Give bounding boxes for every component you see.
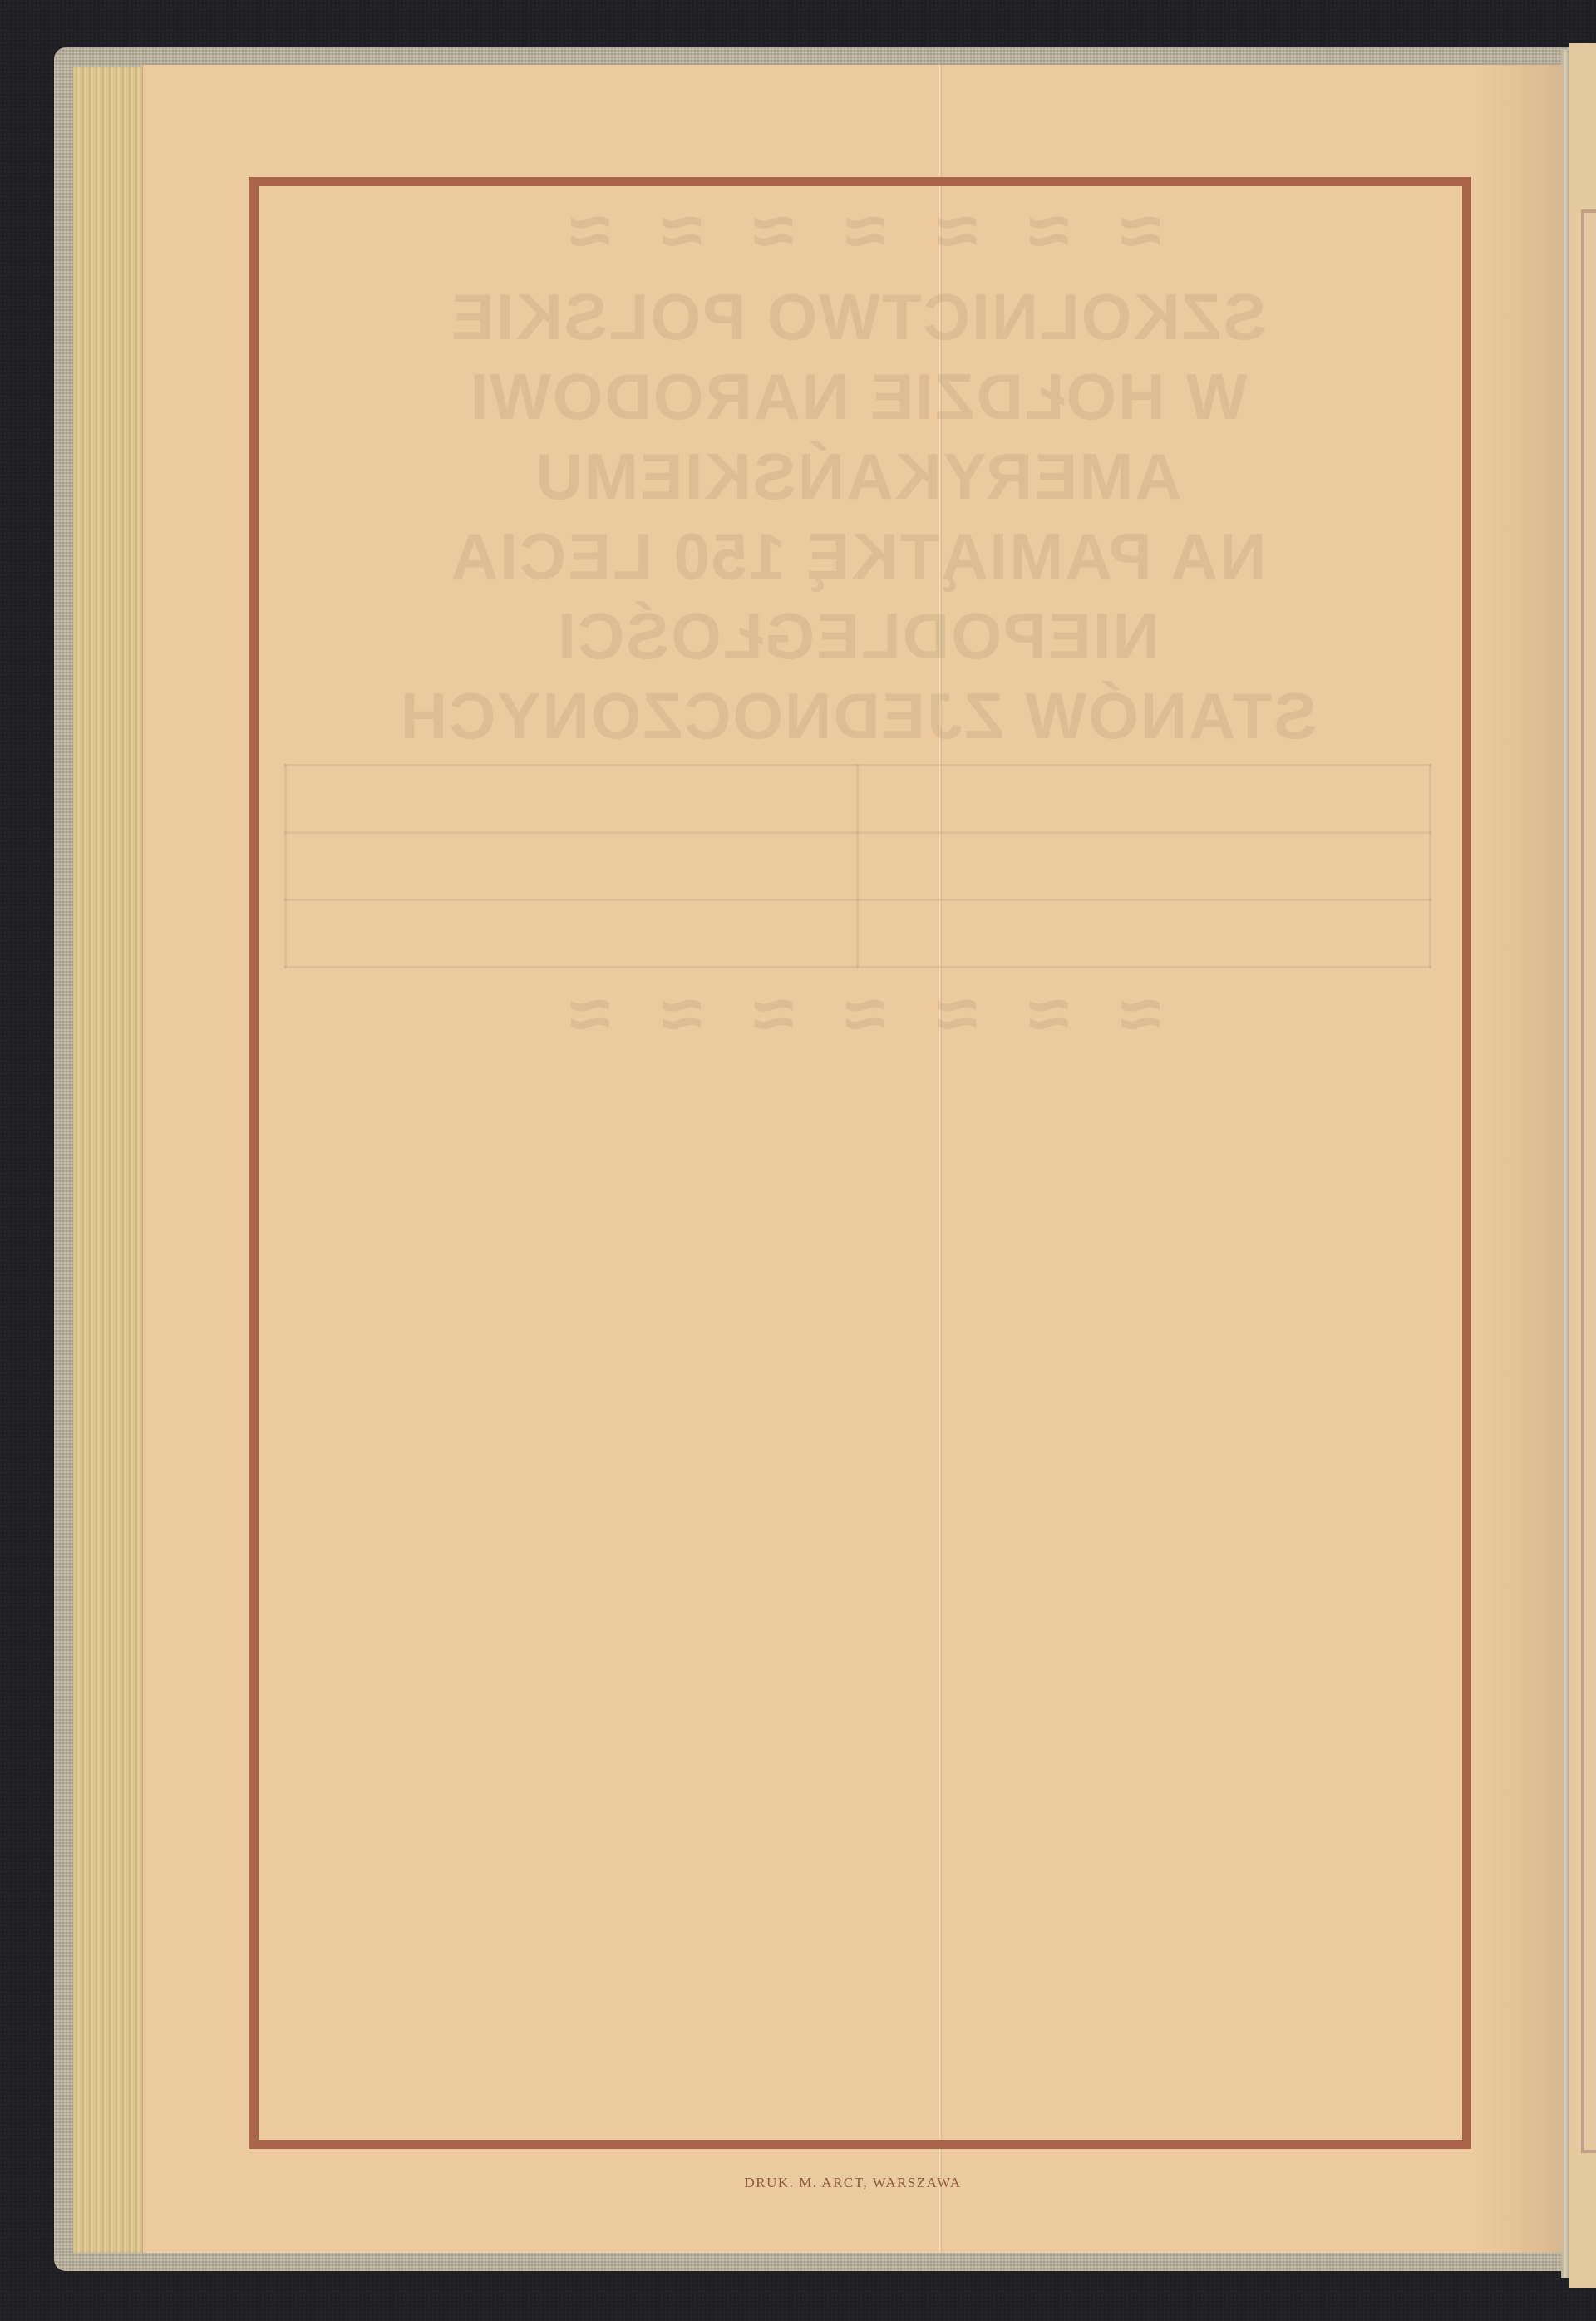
next-page-edge (1569, 43, 1596, 2288)
decorative-border-frame (249, 177, 1471, 2149)
next-page-frame (1581, 209, 1596, 2153)
page-block-edges (73, 67, 145, 2253)
book-page: ≈ ≈ ≈ ≈ ≈ ≈ ≈ SZKOLNICTWO POLSKIE W HOŁD… (143, 65, 1563, 2253)
printer-imprint: DRUK. M. ARCT, WARSZAWA (143, 2175, 1563, 2191)
